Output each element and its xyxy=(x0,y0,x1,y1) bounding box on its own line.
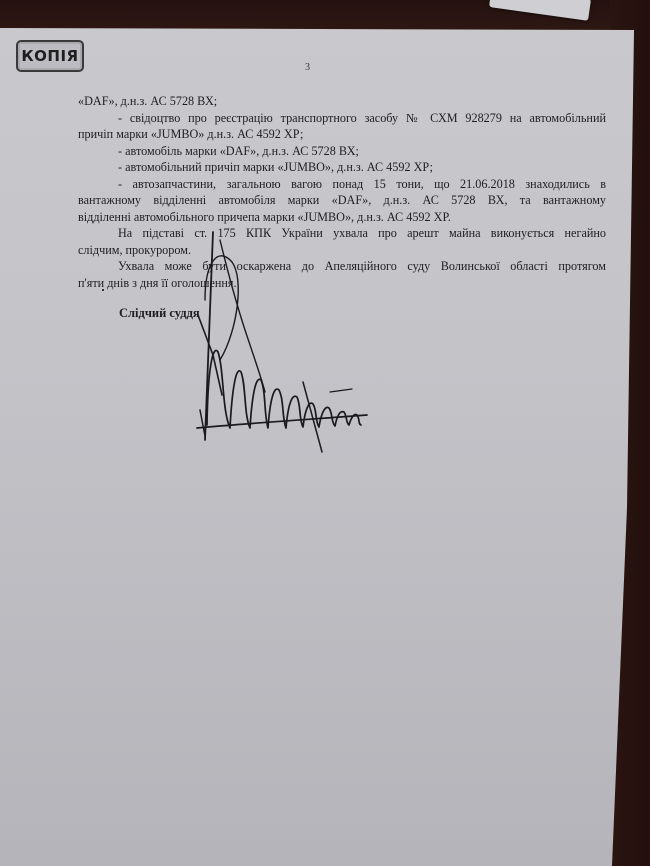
document-line: Ухвала може бути оскаржена до Апеляційно… xyxy=(78,258,606,275)
signature-label: Слідчий суддя xyxy=(119,306,200,321)
document-line: вантажному відділенні автомобіля марки «… xyxy=(78,192,606,209)
document-line: слідчим, прокурором. xyxy=(78,242,606,259)
document-line: «DAF», д.н.з. АС 5728 ВХ; xyxy=(78,93,606,110)
document-line: - автозапчастини, загальною вагою понад … xyxy=(78,176,606,193)
document-line: причіп марки «JUMBO» д.н.з. АС 4592 ХР; xyxy=(78,126,606,143)
ink-dot xyxy=(102,289,104,291)
document-body: «DAF», д.н.з. АС 5728 ВХ;- свідоцтво про… xyxy=(78,93,606,291)
copy-stamp: КОПІЯ xyxy=(16,40,84,72)
document-line: - автомобільний причіп марки «JUMBO», д.… xyxy=(78,159,606,176)
document-line: - свідоцтво про реєстрацію транспортного… xyxy=(78,110,606,127)
document-line: відділенні автомобільного причепа марки … xyxy=(78,209,606,226)
page-number: 3 xyxy=(305,62,310,73)
document-line: - автомобіль марки «DAF», д.н.з. АС 5728… xyxy=(78,143,606,160)
document-line: На підставі ст. 175 КПК України ухвала п… xyxy=(78,225,606,242)
document-line: п'яти днів з дня її оголошення. xyxy=(78,275,606,292)
